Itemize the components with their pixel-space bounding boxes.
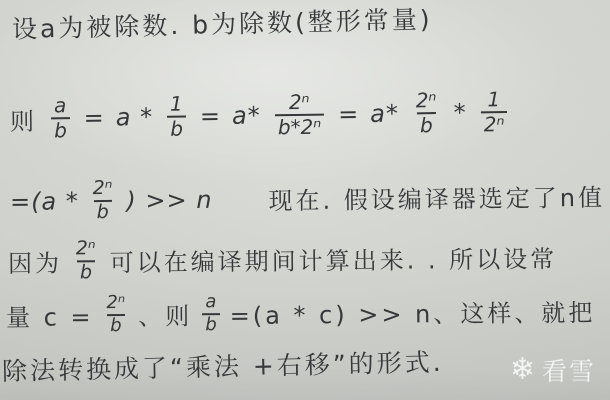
conclusion-text: 除法转换成了“乘法 +右移”的形式. <box>2 343 444 388</box>
compile-time-text: 可以在编译期间计算出来. . 所以设常 <box>110 240 558 279</box>
snowflake-icon: ❄ <box>510 355 537 385</box>
fraction-2n-over-b2n: 2ⁿ b*2ⁿ <box>274 92 324 139</box>
shift-formula-close: ) >> n <box>126 186 212 215</box>
definition-text: 设a为被除数. b为除数(整形常量) <box>12 0 433 46</box>
result-formula-text: =(a * c) >> n、这样、就把 <box>229 293 595 331</box>
equals-sign: = <box>84 104 105 132</box>
a-times: a* <box>370 100 399 128</box>
fraction-a-over-b: a b <box>51 95 70 141</box>
a-times: a* <box>232 102 261 130</box>
assume-compiler-text: 现在. 假设编译器选定了n值 <box>268 178 605 217</box>
equals-sign: = <box>200 102 221 130</box>
then-label: 则 <box>10 101 37 136</box>
formula-line-shift: =(a * 2ⁿ b ) >> n 现在. 假设编译器选定了n值 <box>10 174 605 224</box>
constant-c-label: 量 c = <box>6 298 94 334</box>
a-times: a * <box>116 103 154 132</box>
times-sign: * <box>453 99 466 127</box>
fraction-a-over-b: a b <box>202 293 220 335</box>
fraction-1-over-2n: 1 2ⁿ <box>480 89 507 135</box>
equals-sign: = <box>338 100 359 128</box>
handwritten-note-page: 设a为被除数. b为除数(整形常量) 则 a b = a * 1 b = a* … <box>0 0 610 400</box>
watermark-label: 看雪 <box>542 352 596 388</box>
formula-line-expansion: 则 a b = a * 1 b = a* 2ⁿ b*2ⁿ = a* 2ⁿ b *… <box>10 89 511 142</box>
note-line-compile-time: 因为 2ⁿ b 可以在编译期间计算出来. . 所以设常 <box>8 235 558 284</box>
fraction-2n-over-b: 2ⁿ b <box>103 294 128 336</box>
because-label: 因为 <box>8 244 62 279</box>
note-line-definition: 设a为被除数. b为除数(整形常量) <box>12 0 433 46</box>
note-line-conclusion: 除法转换成了“乘法 +右移”的形式. <box>2 343 444 388</box>
shift-formula-open: =(a * <box>10 187 79 216</box>
fraction-2n-over-b: 2ⁿ b <box>73 239 99 283</box>
fraction-2n-over-b: 2ⁿ b <box>90 179 116 223</box>
fraction-1-over-b: 1 b <box>167 94 186 140</box>
fraction-2n-over-b: 2ⁿ b <box>413 90 440 136</box>
then-label: 、则 <box>138 297 192 332</box>
note-line-constant-c: 量 c = 2ⁿ b 、则 a b =(a * c) >> n、这样、就把 <box>6 290 596 337</box>
kanxue-watermark: ❄ 看雪 <box>510 352 596 388</box>
